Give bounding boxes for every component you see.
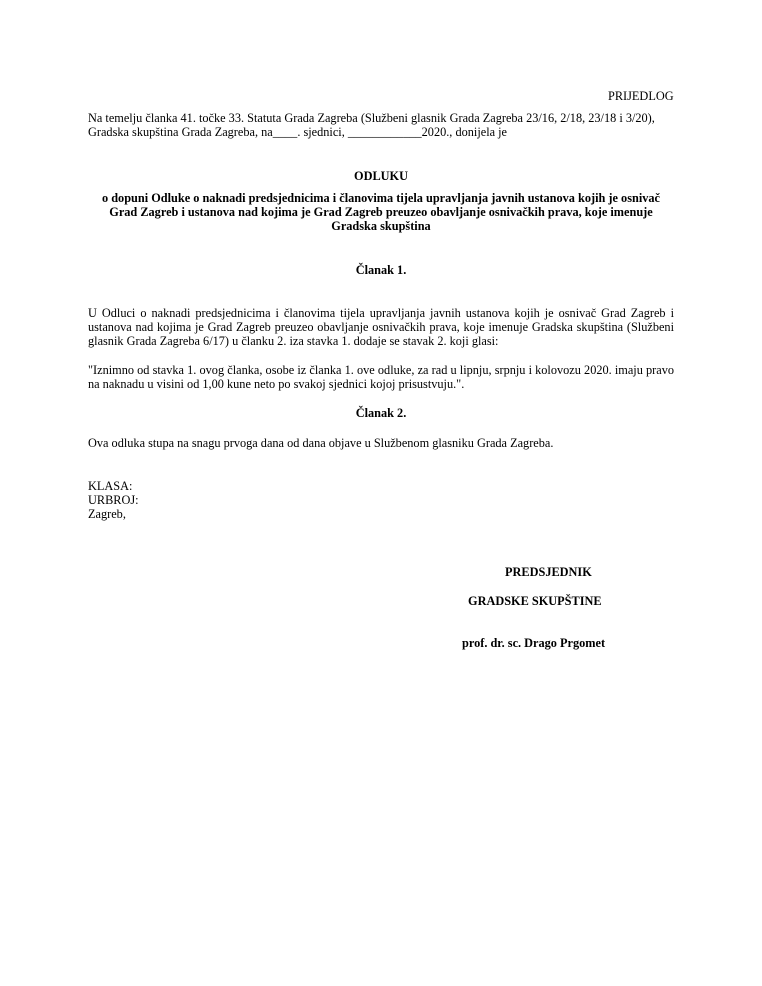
article-1-body: U Odluci o naknadi predsjednicima i član… <box>88 306 674 348</box>
signature-name: prof. dr. sc. Drago Prgomet <box>462 636 605 650</box>
article-1-heading: Članak 1. <box>88 263 674 277</box>
place-label: Zagreb, <box>88 507 139 521</box>
document-title: ODLUKU <box>88 169 674 183</box>
signature-title-line1: PREDSJEDNIK <box>505 565 592 579</box>
urbroj-label: URBROJ: <box>88 493 139 507</box>
document-status-label: PRIJEDLOG <box>608 89 674 103</box>
signature-title-line2: GRADSKE SKUPŠTINE <box>468 594 602 608</box>
document-subtitle: o dopuni Odluke o naknadi predsjednicima… <box>88 191 674 233</box>
document-meta: KLASA: URBROJ: Zagreb, <box>88 479 139 521</box>
preamble-paragraph: Na temelju članka 41. točke 33. Statuta … <box>88 111 678 139</box>
article-2-body: Ova odluka stupa na snagu prvoga dana od… <box>88 436 674 450</box>
klasa-label: KLASA: <box>88 479 139 493</box>
article-2-heading: Članak 2. <box>88 406 674 420</box>
article-1-quote: "Iznimno od stavka 1. ovog članka, osobe… <box>88 363 674 391</box>
